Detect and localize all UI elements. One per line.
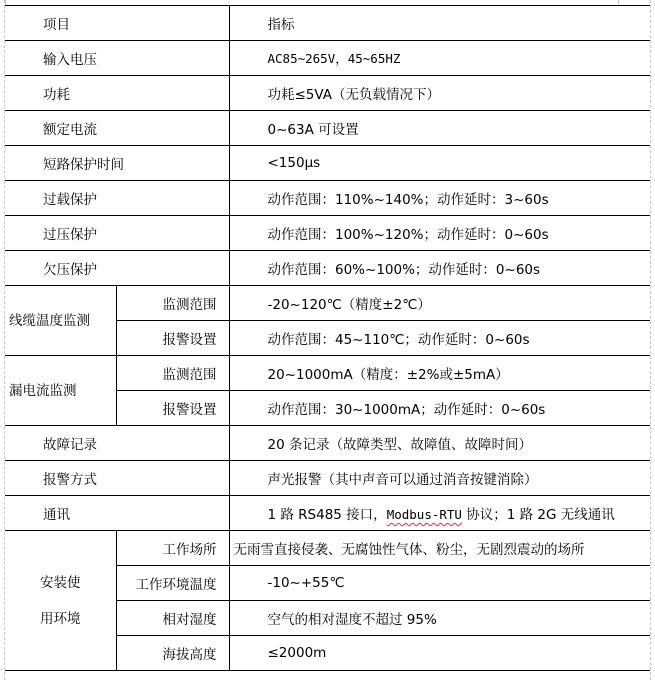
table-row: 过压保护 动作范围：100%~120%；动作延时：0~60s — [5, 216, 650, 251]
row-label: 故障记录 — [5, 426, 229, 461]
row-label: 报警方式 — [5, 461, 229, 496]
group-label-line: 用环境 — [5, 601, 116, 637]
spellcheck-marked-text: Modbus-RTU — [387, 507, 462, 522]
row-value: 动作范围：60%~100%；动作延时：0~60s — [229, 251, 650, 286]
group-label-install-env: 安装使 用环境 — [5, 531, 116, 671]
table-row: 故障记录 20 条记录（故障类型、故障值、故障时间） — [5, 426, 650, 461]
sub-label: 工作场所 — [116, 531, 229, 566]
row-value: 1 路 RS485 接口，Modbus-RTU 协议；1 路 2G 无线通讯 — [229, 496, 650, 531]
row-value: 动作范围：100%~120%；动作延时：0~60s — [229, 216, 650, 251]
table-row: 功耗 功耗≤5VA（无负载情况下） — [5, 76, 650, 111]
spec-table: 项目 指标 输入电压 AC85~265V，45~65HZ 功耗 功耗≤5VA（无… — [5, 5, 650, 671]
comm-value-pre: 1 路 RS485 接口， — [268, 507, 387, 523]
row-value: 动作范围：30~1000mA；动作延时：0~60s — [229, 391, 650, 426]
row-value: AC85~265V，45~65HZ — [229, 41, 650, 76]
table-row-install-place: 安装使 用环境 工作场所 无雨雪直接侵袭、无腐蚀性气体、粉尘，无剧烈震动的场所 — [5, 531, 650, 566]
row-value: 动作范围：45~110℃；动作延时：0~60s — [229, 321, 650, 356]
row-value: 功耗≤5VA（无负载情况下） — [229, 76, 650, 111]
row-label: 过载保护 — [5, 181, 229, 216]
sub-label: 监测范围 — [116, 356, 229, 391]
sub-label: 报警设置 — [116, 391, 229, 426]
table-header-row: 项目 指标 — [5, 6, 650, 41]
table-row: 欠压保护 动作范围：60%~100%；动作延时：0~60s — [5, 251, 650, 286]
table-row: 输入电压 AC85~265V，45~65HZ — [5, 41, 650, 76]
row-value: 空气的相对湿度不超过 95% — [229, 601, 650, 636]
row-label: 功耗 — [5, 76, 229, 111]
page-margin-guide-right — [650, 0, 651, 680]
row-value: ≤2000m — [229, 636, 650, 671]
row-value: 20 条记录（故障类型、故障值、故障时间） — [229, 426, 650, 461]
sub-label: 报警设置 — [116, 321, 229, 356]
table-row-cable-temp-range: 线缆温度监测 监测范围 -20~120℃（精度±2℃） — [5, 286, 650, 321]
sub-label: 海拔高度 — [116, 636, 229, 671]
group-label-cable-temp: 线缆温度监测 — [5, 286, 116, 356]
row-label: 通讯 — [5, 496, 229, 531]
row-label: 短路保护时间 — [5, 146, 229, 181]
group-label-line: 安装使 — [5, 565, 116, 601]
sub-label: 工作环境温度 — [116, 566, 229, 601]
table-row: 过载保护 动作范围：110%~140%；动作延时：3~60s — [5, 181, 650, 216]
row-label: 过压保护 — [5, 216, 229, 251]
row-value: -20~120℃（精度±2℃） — [229, 286, 650, 321]
row-value: <150μs — [229, 146, 650, 181]
row-value: -10~+55℃ — [229, 566, 650, 601]
group-label-leakage: 漏电流监测 — [5, 356, 116, 426]
row-label: 输入电压 — [5, 41, 229, 76]
row-value: 动作范围：110%~140%；动作延时：3~60s — [229, 181, 650, 216]
table-row-comm: 通讯 1 路 RS485 接口，Modbus-RTU 协议；1 路 2G 无线通… — [5, 496, 650, 531]
table-row-leakage-range: 漏电流监测 监测范围 20~1000mA（精度：±2%或±5mA） — [5, 356, 650, 391]
header-spec: 指标 — [229, 6, 650, 41]
row-value: 20~1000mA（精度：±2%或±5mA） — [229, 356, 650, 391]
row-value: 0~63A 可设置 — [229, 111, 650, 146]
row-value: 声光报警（其中声音可以通过消音按键消除） — [229, 461, 650, 496]
sub-label: 相对湿度 — [116, 601, 229, 636]
row-label: 额定电流 — [5, 111, 229, 146]
header-item: 项目 — [5, 6, 229, 41]
table-row: 报警方式 声光报警（其中声音可以通过消音按键消除） — [5, 461, 650, 496]
sub-label: 监测范围 — [116, 286, 229, 321]
row-label: 欠压保护 — [5, 251, 229, 286]
comm-value-post: 协议；1 路 2G 无线通讯 — [462, 507, 615, 523]
table-row: 短路保护时间 <150μs — [5, 146, 650, 181]
table-row: 额定电流 0~63A 可设置 — [5, 111, 650, 146]
row-value: 无雨雪直接侵袭、无腐蚀性气体、粉尘，无剧烈震动的场所 — [229, 531, 650, 566]
